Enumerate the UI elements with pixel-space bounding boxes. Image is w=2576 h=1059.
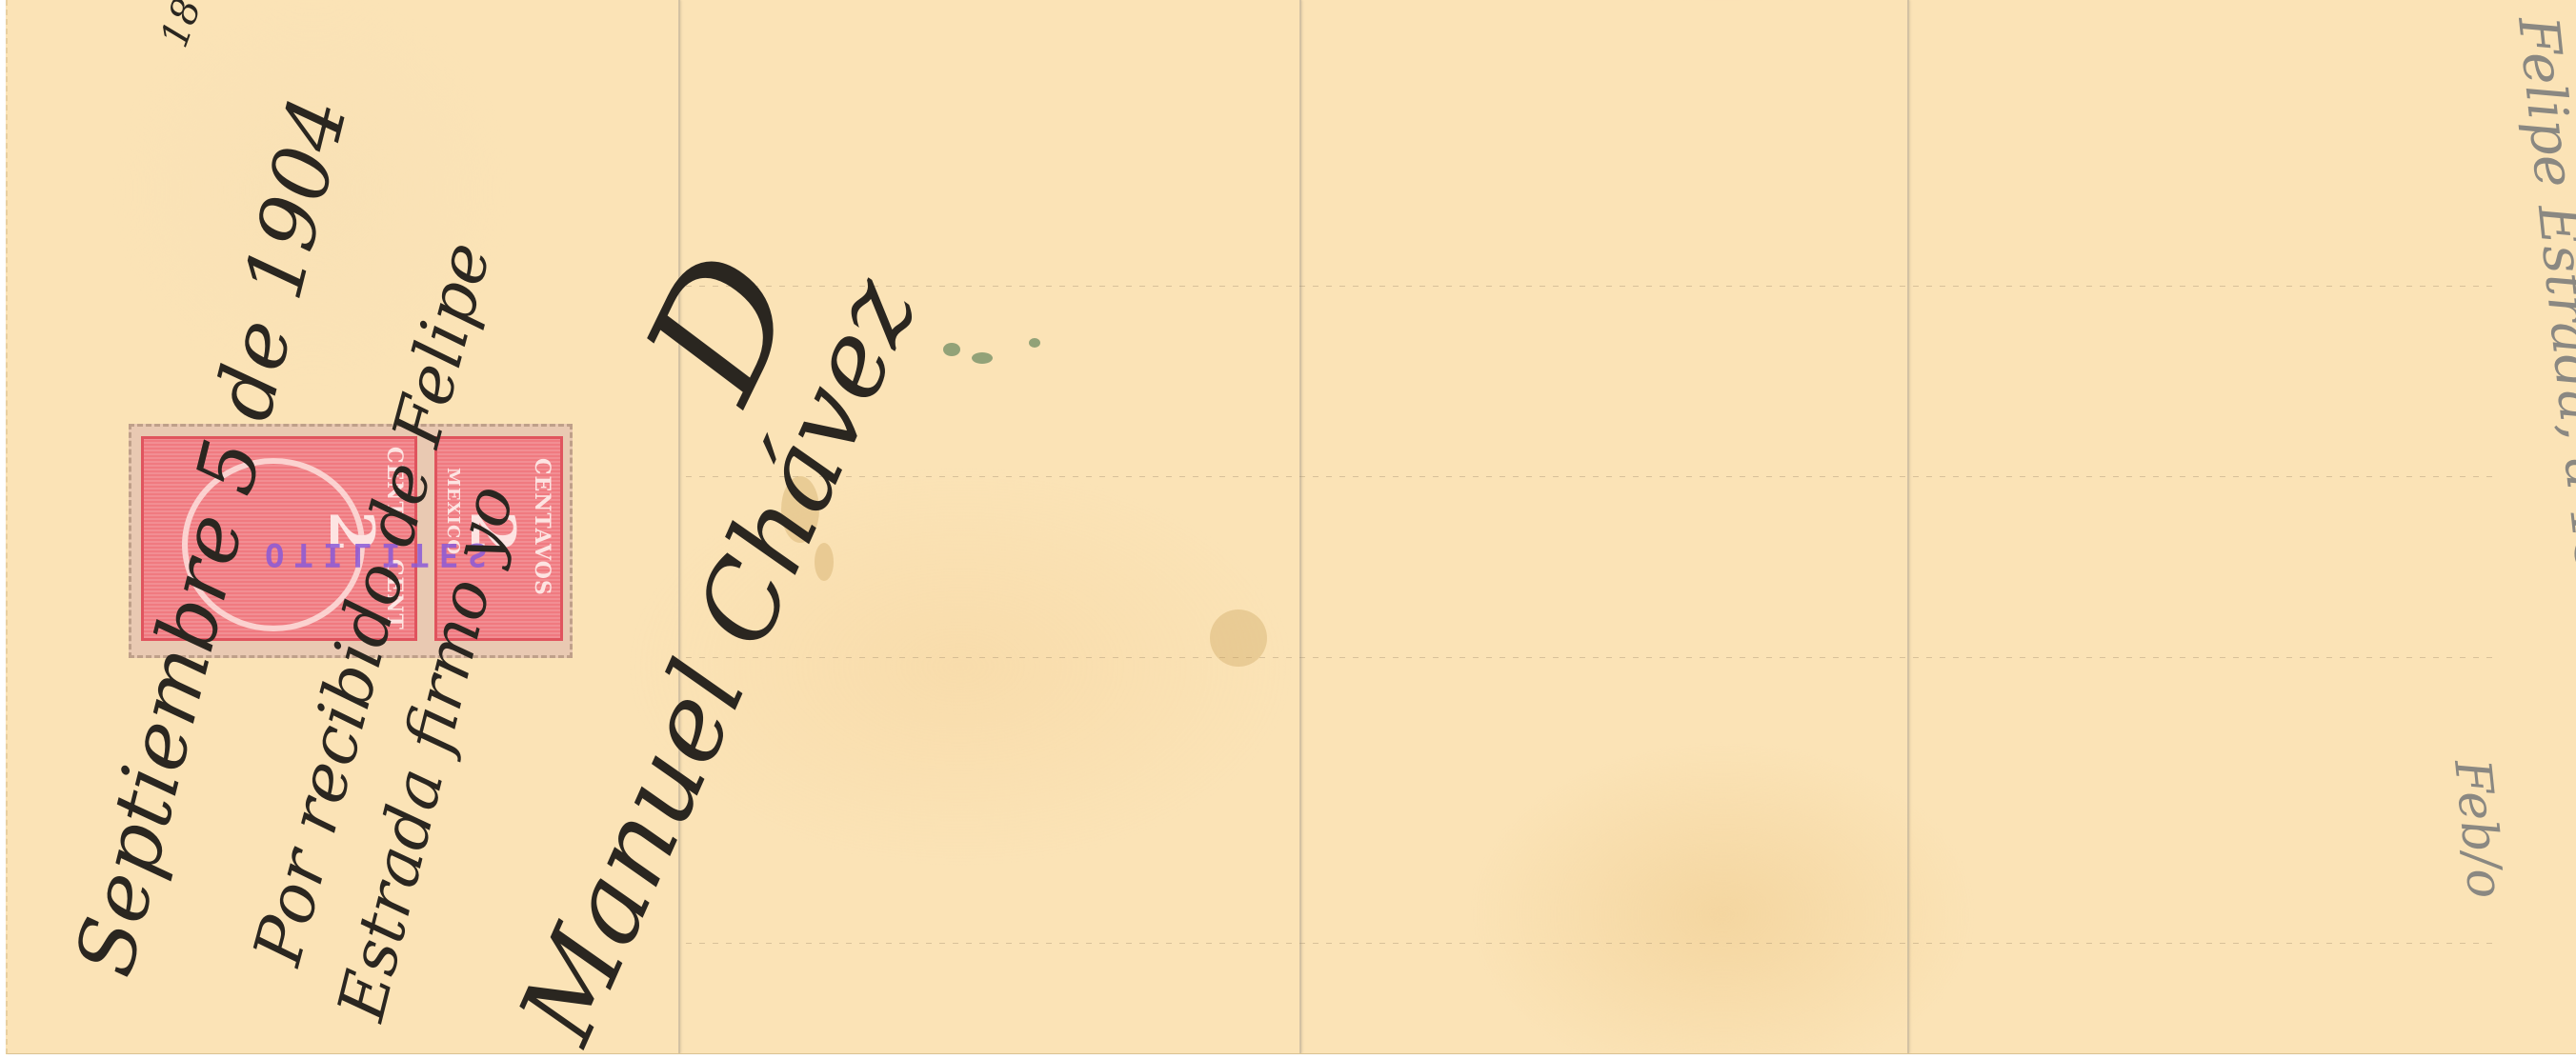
fold-panel-3 (1301, 0, 1909, 1053)
mold-spot (943, 343, 960, 356)
faint-ruled-line (686, 476, 2496, 477)
mold-spot (972, 352, 993, 364)
mold-spot (1029, 338, 1040, 348)
stamp-label: CENTAVOS (530, 458, 554, 596)
faint-ruled-line (686, 657, 2496, 658)
faint-ruled-line (686, 943, 2496, 944)
faint-ruled-line (686, 286, 2496, 287)
water-stain (1210, 609, 1267, 667)
